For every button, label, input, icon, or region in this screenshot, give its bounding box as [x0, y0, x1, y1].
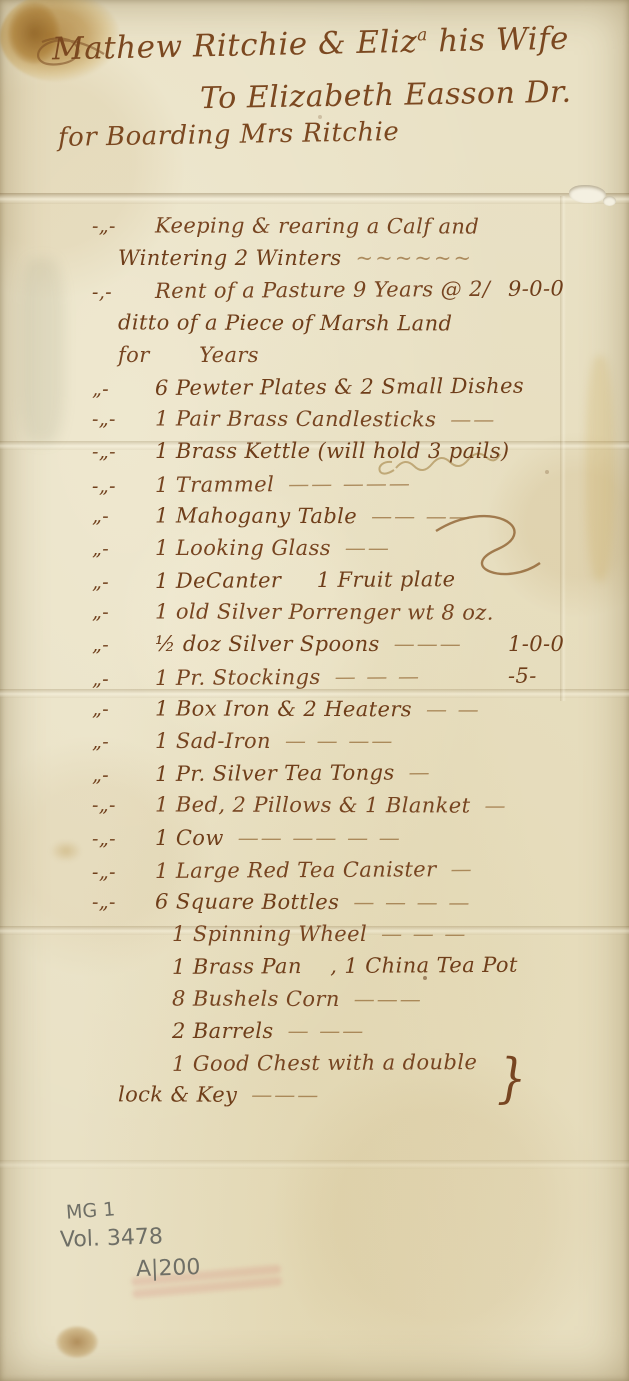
ledger-row: „-1 Box Iron & 2 Heaters— — — [0, 696, 629, 730]
item-text: 1 Pr. Silver Tea Tongs — [155, 761, 395, 786]
ditto-mark: „- — [92, 538, 109, 560]
item-text: for Years — [118, 343, 259, 367]
ledger-row: 1 Spinning Wheel— — — — [0, 922, 629, 954]
item-text: 1 Good Chest with a double — [172, 1050, 477, 1076]
ledger-row: -„-1 Brass Kettle (will hold 3 pails) — [0, 439, 629, 471]
ledger-row: „-1 Pr. Stockings— — —-5- — [0, 663, 629, 699]
ditto-mark: „- — [92, 668, 109, 690]
ditto-mark: -„- — [92, 828, 116, 850]
ledger-row: -„-1 Pair Brass Candlesticks—— — [0, 406, 629, 440]
ditto-mark: „- — [92, 571, 109, 593]
ledger-row: -„-1 Cow—— —— — — — [0, 826, 629, 858]
ledger-row: 1 Brass Pan , 1 China Tea Pot — [0, 952, 629, 988]
ditto-mark: -„- — [92, 475, 116, 497]
ditto-mark: „- — [92, 601, 109, 623]
item-text: 1 Box Iron & 2 Heaters — [155, 696, 412, 721]
item-text: 6 Square Bottles — [155, 889, 339, 914]
header-title: Mathew Ritchie & Eliza his Wife — [52, 21, 570, 68]
item-text: 1 Large Red Tea Canister — [155, 857, 437, 883]
ledger-row: „-½ doz Silver Spoons———1-0-0 — [0, 632, 629, 664]
ruled-dashes: —— — [345, 536, 391, 560]
ditto-mark: -„- — [92, 408, 116, 430]
item-text: Keeping & rearing a Calf and — [155, 213, 479, 238]
ledger-row: ditto of a Piece of Marsh Land — [0, 309, 629, 343]
archival-note-mg: MG 1 — [65, 1198, 116, 1223]
item-text: 1 Trammel — [155, 472, 274, 497]
archival-note-volume: Vol. 3478 — [60, 1224, 164, 1253]
ditto-mark: -„- — [92, 215, 116, 237]
item-text: 1 Cow — [155, 826, 224, 850]
ledger-row: Wintering 2 Winters~~~~~~ — [0, 246, 629, 278]
ditto-mark: „- — [92, 634, 109, 656]
item-text: ditto of a Piece of Marsh Land — [118, 310, 452, 335]
ruled-dashes: — — — [426, 697, 481, 721]
ledger-row: -„-1 Bed, 2 Pillows & 1 Blanket— — [0, 792, 629, 826]
ruled-dashes: —— — [450, 408, 496, 432]
ledger-row: lock & Key——— — [0, 1082, 629, 1116]
amount-value: -5- — [508, 663, 596, 688]
ledger-row: „-1 Mahogany Table—— —— — [0, 503, 629, 537]
ledger-row: -„-6 Square Bottles— — — — — [0, 889, 629, 923]
ledger-row: -„-Keeping & rearing a Calf and — [0, 213, 629, 247]
ledger-row: 2 Barrels— —— — [0, 1019, 629, 1051]
ditto-mark: -„- — [92, 861, 116, 883]
item-text: lock & Key — [118, 1082, 237, 1106]
ruled-dashes: — —— — [288, 1019, 366, 1043]
ledger-row: „-1 Pr. Silver Tea Tongs— — [0, 759, 629, 795]
item-text: 1 old Silver Porrenger wt 8 oz. — [155, 600, 494, 625]
ditto-mark: „- — [92, 698, 109, 720]
fold-crease — [0, 193, 629, 204]
torn-chip — [569, 185, 606, 203]
ruled-dashes: — — — — [335, 664, 422, 689]
header-title-post: his Wife — [428, 21, 570, 60]
ruled-dashes: —— —— — — — [238, 826, 402, 850]
ruled-dashes: — — — — — [353, 890, 471, 914]
item-text: 8 Bushels Corn — [172, 986, 340, 1011]
header-debtor-line: To Elizabeth Easson Dr. — [200, 75, 572, 116]
ledger-row: 1 Good Chest with a double — [0, 1049, 629, 1085]
ledger-row: „-1 Looking Glass—— — [0, 536, 629, 568]
ledger-items: -„-Keeping & rearing a Calf andWintering… — [0, 214, 629, 1115]
ruled-dashes: — — —— — [285, 729, 394, 753]
fold-crease — [0, 1160, 629, 1169]
ruled-dashes: ——— — [251, 1083, 320, 1107]
ledger-row: „-1 DeCanter 1 Fruit plate — [0, 566, 629, 602]
ledger-row: 8 Bushels Corn——— — [0, 985, 629, 1019]
item-text: 6 Pewter Plates & 2 Small Dishes — [155, 374, 524, 400]
item-text: 1 Spinning Wheel — [172, 922, 367, 946]
item-text: 1 Bed, 2 Pillows & 1 Blanket — [155, 793, 471, 818]
stain — [56, 1326, 98, 1358]
ruled-dashes: ——— — [394, 632, 463, 656]
ditto-mark: -,- — [92, 282, 112, 304]
item-text: 1 Mahogany Table — [155, 503, 357, 528]
item-text: 1 Brass Pan , 1 China Tea Pot — [172, 953, 518, 979]
ledger-row: „-1 Sad-Iron— — —— — [0, 729, 629, 761]
ruled-dashes: —— ——— — [288, 471, 412, 496]
header-title-pre: Mathew Ritchie & Eliz — [52, 24, 418, 68]
ditto-mark: „- — [92, 378, 109, 400]
item-text: 1 Brass Kettle (will hold 3 pails) — [155, 439, 510, 463]
ledger-row: -„-1 Trammel—— ——— — [0, 470, 629, 506]
header-title-superscript: a — [417, 25, 428, 45]
ditto-mark: -„- — [92, 891, 116, 913]
amount-value: 1-0-0 — [508, 632, 596, 656]
ditto-mark: „- — [92, 505, 109, 527]
ruled-dashes: —— —— — [371, 504, 472, 528]
item-text: 1 Pair Brass Candlesticks — [155, 407, 436, 432]
document-page: Mathew Ritchie & Eliza his Wife To Eliza… — [0, 0, 629, 1381]
ledger-row: „-1 old Silver Porrenger wt 8 oz. — [0, 599, 629, 633]
item-text: 1 DeCanter 1 Fruit plate — [155, 567, 456, 593]
torn-chip — [603, 196, 616, 206]
item-text: Rent of a Pasture 9 Years @ 2/ — [155, 277, 491, 303]
archival-note-reference: A|200 — [136, 1255, 201, 1282]
header-subject-line: for Boarding Mrs Ritchie — [58, 117, 400, 153]
closing-brace: } — [497, 1047, 526, 1109]
item-text: 2 Barrels — [172, 1019, 274, 1043]
ruled-dashes: — — — — [381, 922, 467, 946]
ruled-dashes: — — [409, 760, 432, 784]
ruled-dashes: — — [450, 857, 473, 881]
ditto-mark: „- — [92, 764, 109, 786]
ruled-dashes: — — [484, 794, 507, 818]
ruled-dashes: ——— — [354, 987, 423, 1011]
item-text: ½ doz Silver Spoons — [155, 632, 380, 656]
ditto-mark: „- — [92, 731, 109, 753]
ledger-row: -,-Rent of a Pasture 9 Years @ 2/9-0-0 — [0, 276, 629, 312]
item-text: 1 Looking Glass — [155, 536, 331, 560]
ledger-row: -„-1 Large Red Tea Canister— — [0, 856, 629, 892]
item-text: Wintering 2 Winters — [118, 246, 342, 270]
ruled-dashes: ~~~~~~ — [356, 246, 474, 270]
item-text: 1 Sad-Iron — [155, 729, 271, 753]
ledger-row: for Years — [0, 343, 629, 375]
ledger-row: „-6 Pewter Plates & 2 Small Dishes — [0, 373, 629, 409]
ditto-mark: -„- — [92, 795, 116, 817]
item-text: 1 Pr. Stockings — [155, 665, 321, 690]
ditto-mark: -„- — [92, 441, 116, 463]
amount-value: 9-0-0 — [508, 277, 596, 302]
